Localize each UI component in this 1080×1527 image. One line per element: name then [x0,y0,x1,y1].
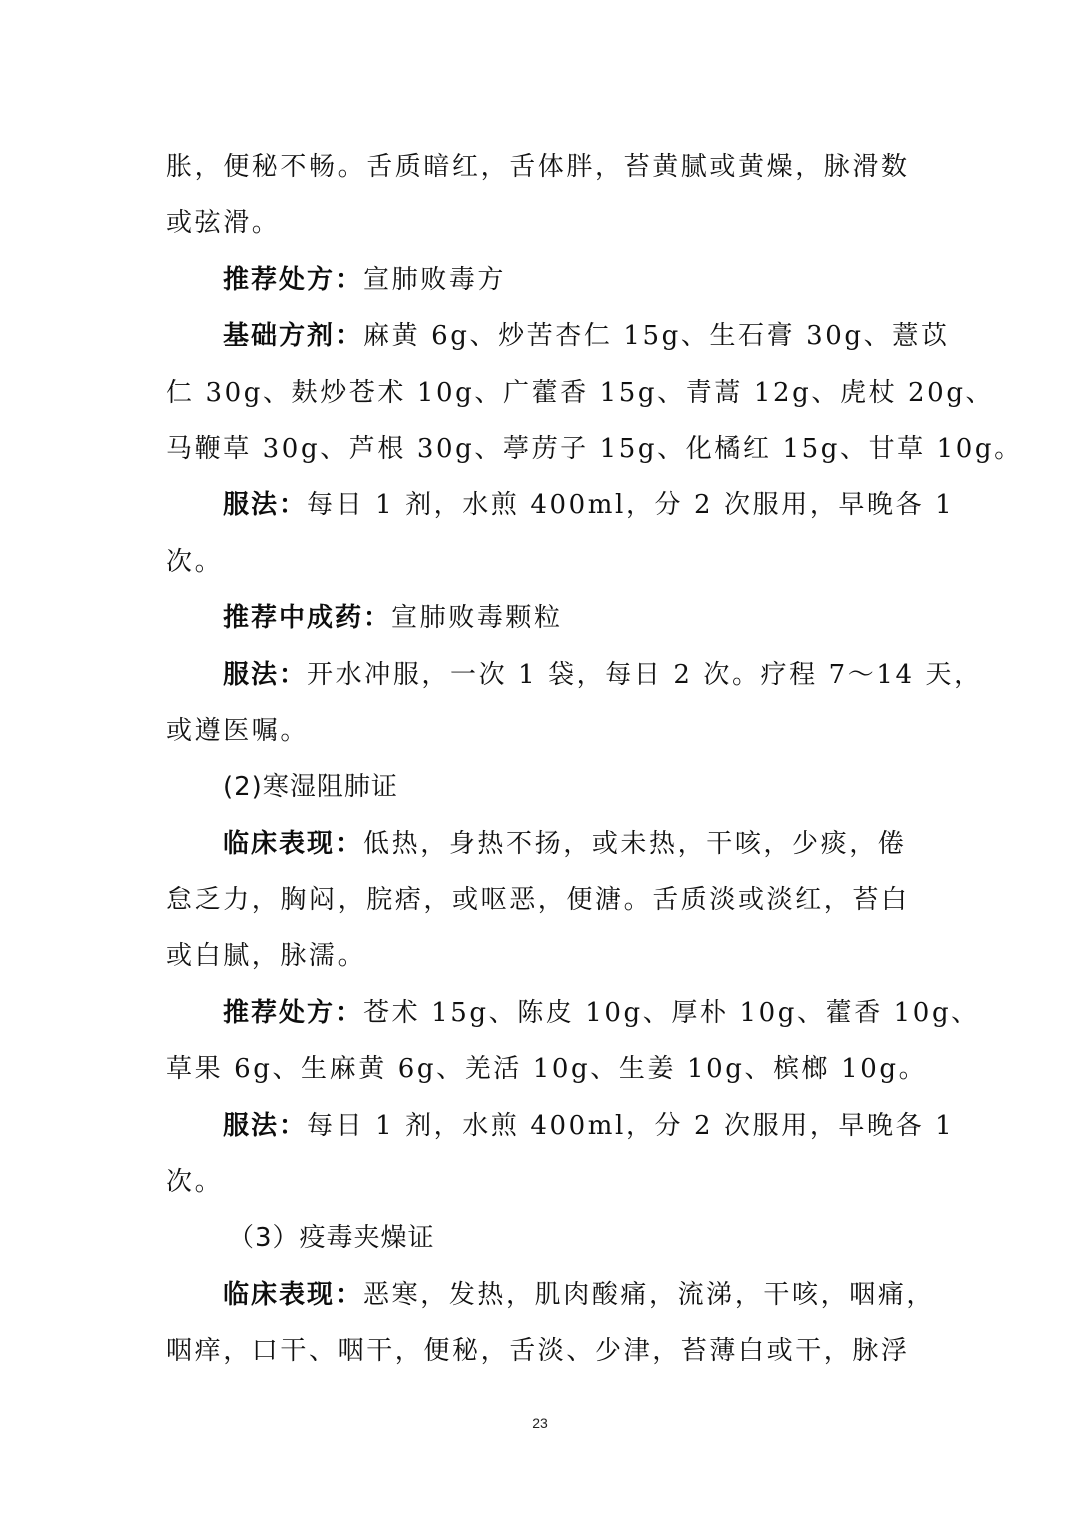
line-text: 怠乏力，胸闷，脘痞，或呕恶，便溏。舌质淡或淡红，苔白 [166,885,910,915]
line-text: 马鞭草 30g、芦根 30g、葶苈子 15g、化橘红 15g、甘草 10g。 [166,434,1023,464]
line-text: 胀，便秘不畅。舌质暗红，舌体胖，苔黄腻或黄燥，脉滑数 [166,152,910,182]
usage-line-1: 服法：每日 1 剂，水煎 400ml，分 2 次服用，早晚各 1 [166,477,918,533]
text-line-1: 胀，便秘不畅。舌质暗红，舌体胖，苔黄腻或黄燥，脉滑数 [166,139,918,195]
section-heading-2: (2)寒湿阻肺证 [166,759,918,815]
recommended-prescription-label: 推荐处方： [223,998,363,1028]
recommended-patent-medicine-line: 推荐中成药：宣肺败毒颗粒 [166,590,918,646]
text-line-14: 怠乏力，胸闷，脘痞，或呕恶，便溏。舌质淡或淡红，苔白 [166,872,918,928]
clinical-manifestation-value: 恶寒，发热，肌肉酸痛，流涕，干咳，咽痛， [363,1280,935,1310]
text-line-6: 马鞭草 30g、芦根 30g、葶苈子 15g、化橘红 15g、甘草 10g。 [166,421,918,477]
line-text: 仁 30g、麸炒苍术 10g、广藿香 15g、青蒿 12g、虎杖 20g、 [166,378,994,408]
page-number: 23 [0,1415,1080,1431]
usage-line-2: 服法：开水冲服，一次 1 袋，每日 2 次。疗程 7～14 天， [166,647,918,703]
recommended-prescription-line: 推荐处方：宣肺败毒方 [166,252,918,308]
document-page: 胀，便秘不畅。舌质暗红，舌体胖，苔黄腻或黄燥，脉滑数 或弦滑。 推荐处方：宣肺败… [166,139,918,1380]
text-line-11: 或遵医嘱。 [166,703,918,759]
clinical-manifestation-label: 临床表现： [223,829,363,859]
text-line-22: 咽痒，口干、咽干，便秘，舌淡、少津，苔薄白或干，脉浮 [166,1323,918,1379]
usage-label: 服法： [223,490,307,520]
recommended-prescription-label: 推荐处方： [223,265,363,295]
clinical-manifestation-line-1: 临床表现：低热，身热不扬，或未热，干咳，少痰，倦 [166,816,918,872]
text-line-2: 或弦滑。 [166,195,918,251]
recommended-prescription-value: 苍术 15g、陈皮 10g、厚朴 10g、藿香 10g、 [363,998,980,1028]
line-text: 或遵医嘱。 [166,716,309,746]
usage-value: 每日 1 剂，水煎 400ml，分 2 次服用，早晚各 1 [307,1111,954,1141]
text-line-15: 或白腻，脉濡。 [166,928,918,984]
base-formula-line: 基础方剂：麻黄 6g、炒苦杏仁 15g、生石膏 30g、薏苡 [166,308,918,364]
line-text: 咽痒，口干、咽干，便秘，舌淡、少津，苔薄白或干，脉浮 [166,1336,910,1366]
recommended-prescription-value: 宣肺败毒方 [363,265,506,295]
usage-label: 服法： [223,660,307,690]
base-formula-label: 基础方剂： [223,321,363,351]
text-line-5: 仁 30g、麸炒苍术 10g、广藿香 15g、青蒿 12g、虎杖 20g、 [166,365,918,421]
clinical-manifestation-value: 低热，身热不扬，或未热，干咳，少痰，倦 [363,829,906,859]
line-text: 草果 6g、生麻黄 6g、羌活 10g、生姜 10g、槟榔 10g。 [166,1054,927,1084]
recommended-patent-medicine-label: 推荐中成药： [223,603,391,633]
recommended-patent-medicine-value: 宣肺败毒颗粒 [391,603,563,633]
usage-line-3: 服法：每日 1 剂，水煎 400ml，分 2 次服用，早晚各 1 [166,1098,918,1154]
section-heading-text: （3）疫毒夹燥证 [228,1223,435,1253]
line-text: 次。 [166,1167,223,1197]
text-line-8: 次。 [166,534,918,590]
usage-value: 每日 1 剂，水煎 400ml，分 2 次服用，早晚各 1 [307,490,954,520]
line-text: 或弦滑。 [166,208,280,238]
text-line-17: 草果 6g、生麻黄 6g、羌活 10g、生姜 10g、槟榔 10g。 [166,1041,918,1097]
clinical-manifestation-label: 临床表现： [223,1280,363,1310]
usage-label: 服法： [223,1111,307,1141]
line-text: 次。 [166,547,223,577]
base-formula-value: 麻黄 6g、炒苦杏仁 15g、生石膏 30g、薏苡 [363,321,949,351]
section-heading-3: （3）疫毒夹燥证 [166,1210,918,1266]
recommended-prescription-line-2: 推荐处方：苍术 15g、陈皮 10g、厚朴 10g、藿香 10g、 [166,985,918,1041]
section-heading-text: (2)寒湿阻肺证 [223,772,398,802]
clinical-manifestation-line-2: 临床表现：恶寒，发热，肌肉酸痛，流涕，干咳，咽痛， [166,1267,918,1323]
usage-value: 开水冲服，一次 1 袋，每日 2 次。疗程 7～14 天， [307,660,983,690]
text-line-19: 次。 [166,1154,918,1210]
line-text: 或白腻，脉濡。 [166,941,366,971]
